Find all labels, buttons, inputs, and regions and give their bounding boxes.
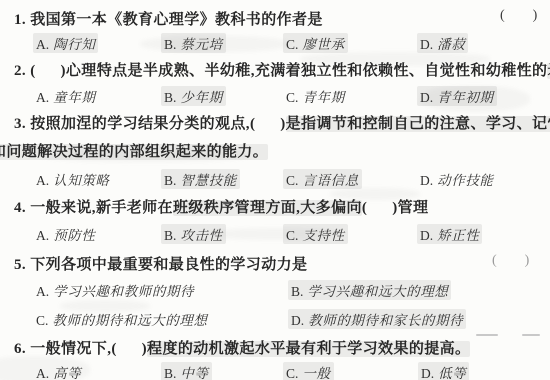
option-letter: D.	[420, 228, 433, 243]
question-3-options-line: A.认知策略 B.智慧技能 C.言语信息 D.动作技能	[0, 169, 550, 191]
question-6-option-d: D.低等	[418, 362, 469, 380]
option-text: 言语信息	[302, 173, 358, 188]
question-5-stem: 5. 下列各项中最重要和最良性的学习动力是	[14, 253, 307, 274]
option-text: 潘菽	[437, 37, 465, 52]
stem-text: 2. ( )心理特点是半成熟、半幼稚,充满着独立性和依赖性、自觉性和幼稚性的	[14, 63, 547, 79]
stem-text: 和问题解决过程的内部组织起来的能力。	[0, 144, 268, 160]
question-3-stem-continuation: 和问题解决过程的内部组织起来的能力。	[0, 140, 268, 161]
option-text: 教师的期待和家长的期待	[308, 313, 463, 328]
option-text: 智慧技能	[180, 173, 236, 188]
question-2-option-d: D.青年初期	[417, 86, 497, 106]
question-1-option-c: C.廖世承	[283, 33, 348, 53]
option-letter: A.	[36, 228, 49, 243]
option-letter: B.	[164, 366, 176, 380]
question-1-option-d: D.潘菽	[417, 33, 468, 53]
answer-bracket: ( )	[492, 253, 530, 269]
stem-text: 程度的动机激起水平最有利于学习效果的提高。	[147, 341, 470, 357]
question-3-option-c: C.言语信息	[283, 169, 362, 189]
question-4-options-line: A.预防性 B.攻击性 C.支持性 D.矫正性	[0, 224, 550, 246]
option-text: 预防性	[53, 228, 95, 243]
stem-text: 6. 一般情况下,( )	[14, 341, 147, 357]
question-5-option-b: B.学习兴趣和远大的理想	[288, 280, 451, 300]
option-letter: A.	[36, 90, 49, 105]
option-letter: D.	[420, 37, 433, 52]
option-letter: B.	[291, 284, 303, 299]
question-5-options-line-1: A.学习兴趣和教师的期待 B.学习兴趣和远大的理想	[0, 280, 550, 302]
stem-text: 1. 我国第一本《教育心理学》教科书的作者是	[14, 12, 323, 28]
question-4-option-a: A.预防性	[33, 224, 98, 244]
option-text: 教师的期待和远大的理想	[52, 313, 207, 328]
option-letter: C.	[286, 228, 298, 243]
question-4-option-b: B.攻击性	[161, 224, 226, 244]
option-text: 动作技能	[437, 173, 493, 188]
scan-dash	[522, 334, 540, 336]
question-5-option-d: D.教师的期待和家长的期待	[288, 309, 466, 329]
question-1-option-a: A.陶行知	[33, 33, 98, 53]
question-5-option-c: C.教师的期待和远大的理想	[33, 309, 211, 329]
option-text: 中等	[180, 366, 208, 380]
option-letter: A.	[36, 37, 49, 52]
question-6-stem: 6. 一般情况下,( )程度的动机激起水平最有利于学习效果的提高。	[14, 337, 470, 358]
question-5-stem-line: 5. 下列各项中最重要和最良性的学习动力是 ( )	[0, 253, 550, 275]
scanned-exam-page: 1. 我国第一本《教育心理学》教科书的作者是 ( ) A.陶行知 B.蔡元培 C…	[0, 0, 550, 380]
option-letter: B.	[164, 90, 176, 105]
question-3-stem-line-2: 和问题解决过程的内部组织起来的能力。	[0, 140, 550, 162]
option-text: 蔡元培	[180, 37, 222, 52]
option-letter: A.	[36, 366, 49, 380]
question-3-option-b: B.智慧技能	[161, 169, 240, 189]
option-letter: D.	[421, 366, 434, 380]
option-text: 青年期	[302, 90, 344, 105]
question-3-stem-line: 3. 按照加涅的学习结果分类的观点,( )是指调节和控制自己的注意、学习、记忆、…	[0, 112, 550, 134]
stem-text: 3. 按照加涅的学习结果分类的观点,( )	[14, 116, 286, 132]
option-text: 学习兴趣和远大的理想	[307, 284, 448, 299]
stem-text: 5. 下列各项中最重要和最良性的学习动力是	[14, 257, 307, 273]
question-1-stem-line: 1. 我国第一本《教育心理学》教科书的作者是 ( )	[0, 8, 550, 30]
option-text: 童年期	[53, 90, 95, 105]
option-letter: B.	[164, 173, 176, 188]
option-text: 矫正性	[437, 228, 479, 243]
option-text: 攻击性	[180, 228, 222, 243]
option-letter: C.	[286, 173, 298, 188]
stem-text: 班级秩序管理方面,大多偏向	[173, 200, 362, 216]
question-6-option-c: C.一般	[283, 362, 334, 380]
question-6-option-a: A.高等	[33, 362, 84, 380]
question-6-option-b: B.中等	[161, 362, 212, 380]
question-3-stem: 3. 按照加涅的学习结果分类的观点,( )是指调节和控制自己的注意、学习、记忆、…	[14, 112, 550, 133]
option-letter: A.	[36, 173, 49, 188]
option-text: 高等	[53, 366, 81, 380]
option-letter: D.	[420, 173, 433, 188]
option-text: 低等	[438, 366, 466, 380]
question-4-stem: 4. 一般来说,新手老师在班级秩序管理方面,大多偏向( )管理	[14, 196, 428, 217]
scan-dash	[476, 334, 498, 336]
option-letter: D.	[291, 313, 304, 328]
option-letter: B.	[164, 37, 176, 52]
option-letter: C.	[36, 313, 48, 328]
question-1-stem: 1. 我国第一本《教育心理学》教科书的作者是	[14, 8, 323, 29]
question-4-stem-line: 4. 一般来说,新手老师在班级秩序管理方面,大多偏向( )管理	[0, 196, 550, 218]
option-text: 认知策略	[53, 173, 109, 188]
question-2-stem: 2. ( )心理特点是半成熟、半幼稚,充满着独立性和依赖性、自觉性和幼稚性的矛盾…	[14, 59, 550, 80]
answer-bracket: ( )	[500, 8, 538, 24]
option-text: 支持性	[302, 228, 344, 243]
option-text: 陶行知	[53, 37, 95, 52]
stem-text: 是指调节和控制自己的注意、学习、记忆、思维	[286, 116, 550, 132]
option-letter: A.	[36, 284, 49, 299]
option-text: 学习兴趣和教师的期待	[53, 284, 194, 299]
option-text: 青年初期	[437, 90, 493, 105]
question-2-options-line: A.童年期 B.少年期 C.青年期 D.青年初期	[0, 86, 550, 108]
question-3-option-a: A.认知策略	[33, 169, 113, 189]
question-2-option-b: B.少年期	[161, 86, 226, 106]
option-text: 廖世承	[302, 37, 344, 52]
stem-text: ( )管理	[362, 200, 429, 216]
question-4-option-c: C.支持性	[283, 224, 348, 244]
question-1-options-line: A.陶行知 B.蔡元培 C.廖世承 D.潘菽	[0, 33, 550, 55]
option-letter: C.	[286, 37, 298, 52]
question-2-option-c: C.青年期	[283, 86, 348, 106]
question-1-option-b: B.蔡元培	[161, 33, 226, 53]
question-6-options-line: A.高等 B.中等 C.一般 D.低等	[0, 362, 550, 380]
option-letter: D.	[420, 90, 433, 105]
option-text: 一般	[302, 366, 330, 380]
question-4-option-d: D.矫正性	[417, 224, 482, 244]
question-5-options-line-2: C.教师的期待和远大的理想 D.教师的期待和家长的期待	[0, 309, 550, 331]
question-2-option-a: A.童年期	[33, 86, 98, 106]
question-6-stem-line: 6. 一般情况下,( )程度的动机激起水平最有利于学习效果的提高。	[0, 337, 550, 359]
question-3-option-d: D.动作技能	[417, 169, 497, 189]
option-letter: B.	[164, 228, 176, 243]
option-text: 少年期	[180, 90, 222, 105]
option-letter: C.	[286, 90, 298, 105]
option-letter: C.	[286, 366, 298, 380]
question-2-stem-line: 2. ( )心理特点是半成熟、半幼稚,充满着独立性和依赖性、自觉性和幼稚性的矛盾…	[0, 59, 550, 81]
stem-text: 4. 一般来说,新手老师在	[14, 200, 173, 216]
question-5-option-a: A.学习兴趣和教师的期待	[33, 280, 197, 300]
